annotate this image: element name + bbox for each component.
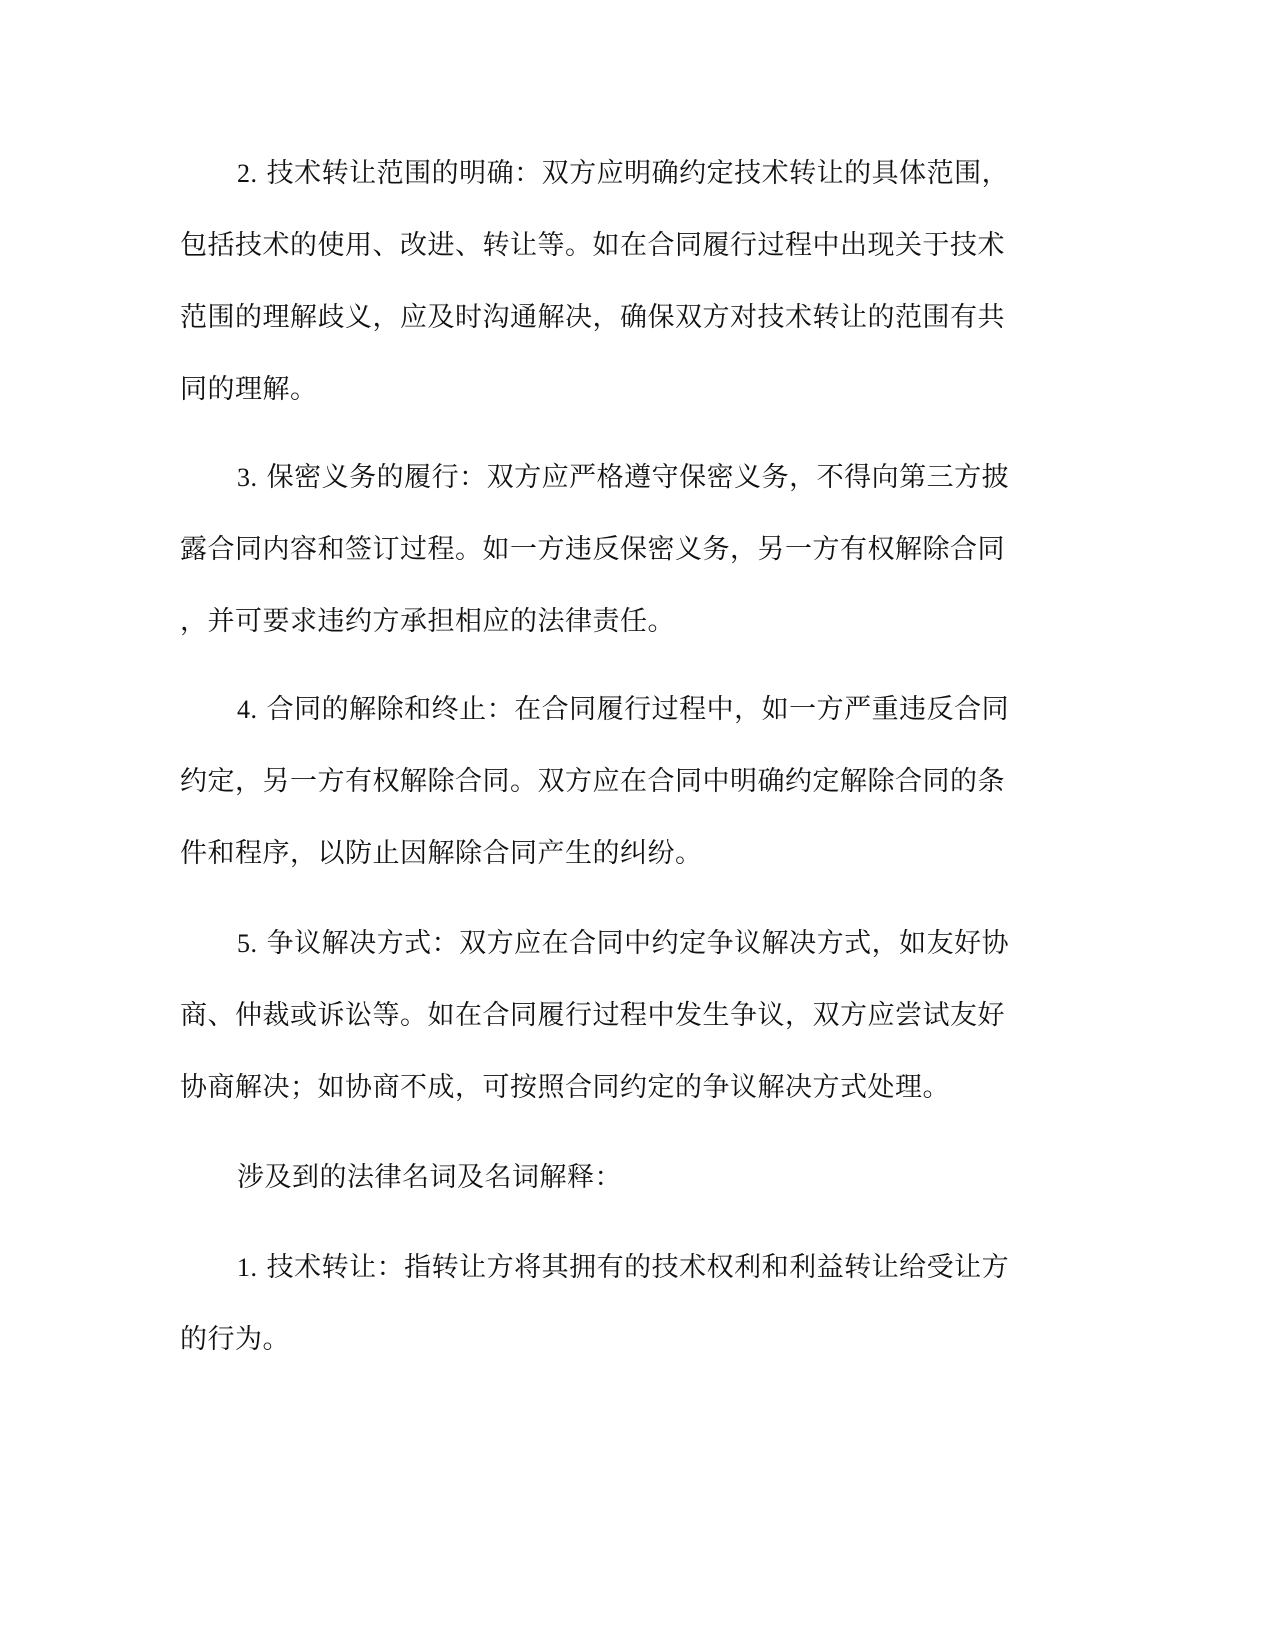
text-line: 约定，另一方有权解除合同。双方应在合同中明确约定解除合同的条 [180, 764, 1005, 800]
list-number: 1. [237, 1253, 258, 1282]
line-text: 争议解决方式：双方应在合同中约定争议解决方式，如友好协 [267, 928, 1010, 959]
text-line: 3. 保密义务的履行：双方应严格遵守保密义务，不得向第三方披 [237, 460, 1009, 496]
line-text: 涉及到的法律名词及名词解释： [237, 1162, 622, 1193]
text-line: 包括技术的使用、改进、转让等。如在合同履行过程中出现关于技术 [180, 228, 1005, 264]
text-line: 商、仲裁或诉讼等。如在合同履行过程中发生争议，双方应尝试友好 [180, 998, 1005, 1034]
list-number: 3. [237, 463, 258, 492]
list-number: 4. [237, 695, 258, 724]
line-text: 技术转让范围的明确：双方应明确约定技术转让的具体范围， [267, 158, 1010, 189]
list-number: 5. [237, 929, 258, 958]
line-text: 范围的理解歧义，应及时沟通解决，确保双方对技术转让的范围有共 [180, 302, 1005, 333]
line-text: 包括技术的使用、改进、转让等。如在合同履行过程中出现关于技术 [180, 230, 1005, 261]
text-line: 4. 合同的解除和终止：在合同履行过程中，如一方严重违反合同 [237, 692, 1009, 728]
line-text: ，并可要求违约方承担相应的法律责任。 [180, 606, 675, 637]
text-line: ，并可要求违约方承担相应的法律责任。 [180, 604, 675, 640]
text-line: 1. 技术转让：指转让方将其拥有的技术权利和利益转让给受让方 [237, 1250, 1009, 1286]
line-text: 技术转让：指转让方将其拥有的技术权利和利益转让给受让方 [267, 1252, 1010, 1283]
text-line: 协商解决；如协商不成，可按照合同约定的争议解决方式处理。 [180, 1070, 950, 1106]
text-line: 涉及到的法律名词及名词解释： [237, 1160, 622, 1196]
text-line: 5. 争议解决方式：双方应在合同中约定争议解决方式，如友好协 [237, 926, 1009, 962]
line-text: 露合同内容和签订过程。如一方违反保密义务，另一方有权解除合同 [180, 534, 1005, 565]
text-line: 2. 技术转让范围的明确：双方应明确约定技术转让的具体范围， [237, 156, 1009, 192]
line-text: 件和程序，以防止因解除合同产生的纠纷。 [180, 838, 703, 869]
text-line: 的行为。 [180, 1322, 290, 1358]
line-text: 合同的解除和终止：在合同履行过程中，如一方严重违反合同 [267, 694, 1010, 725]
line-text: 保密义务的履行：双方应严格遵守保密义务，不得向第三方披 [267, 462, 1010, 493]
line-text: 商、仲裁或诉讼等。如在合同履行过程中发生争议，双方应尝试友好 [180, 1000, 1005, 1031]
line-text: 的行为。 [180, 1324, 290, 1355]
line-text: 约定，另一方有权解除合同。双方应在合同中明确约定解除合同的条 [180, 766, 1005, 797]
text-line: 同的理解。 [180, 372, 318, 408]
line-text: 协商解决；如协商不成，可按照合同约定的争议解决方式处理。 [180, 1072, 950, 1103]
text-line: 件和程序，以防止因解除合同产生的纠纷。 [180, 836, 703, 872]
list-number: 2. [237, 159, 258, 188]
text-line: 露合同内容和签订过程。如一方违反保密义务，另一方有权解除合同 [180, 532, 1005, 568]
text-line: 范围的理解歧义，应及时沟通解决，确保双方对技术转让的范围有共 [180, 300, 1005, 336]
line-text: 同的理解。 [180, 374, 318, 405]
